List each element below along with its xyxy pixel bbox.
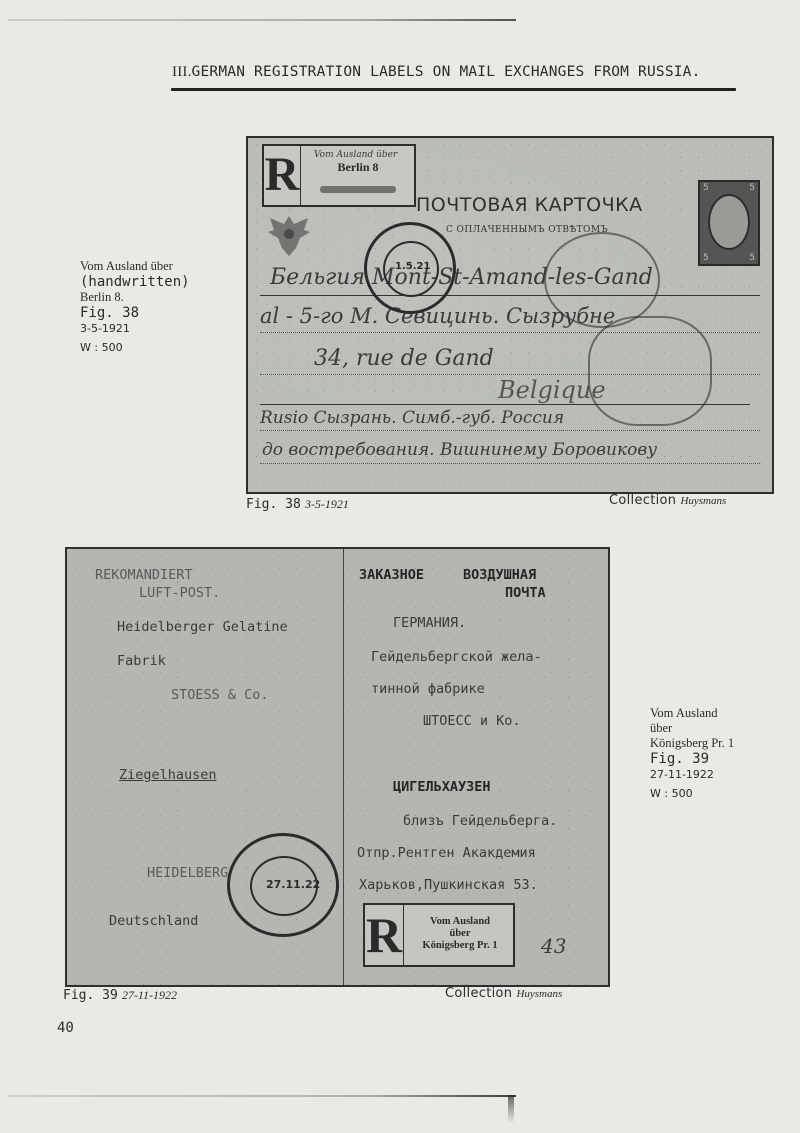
postmark-date: 27.11.22	[266, 878, 320, 891]
typed-left-line-2: LUFT-POST.	[139, 585, 220, 601]
fig39-note-line3: Königsberg Pr. 1	[650, 736, 734, 751]
fig38-postmark: 1.5.21	[364, 222, 456, 314]
section-title: GERMAN REGISTRATION LABELS ON MAIL EXCHA…	[192, 64, 701, 80]
fig38-note-line1: Vom Ausland über	[80, 259, 190, 274]
typed-left-line-7: HEIDELBERG	[147, 865, 228, 881]
fig39-collection-credit: Collection Huysmans	[445, 986, 562, 1001]
fig39-note-date: 27-11-1922	[650, 767, 734, 782]
fig38-postcard-image: R Vom Ausland über Berlin 8 ПОЧТОВАЯ КАР…	[246, 136, 774, 494]
imprinted-stamp-icon: 5 5 5 5	[698, 180, 760, 266]
fig39-note-line1: Vom Ausland	[650, 706, 734, 721]
fig39-envelope-image: REKOMANDIERT LUFT-POST. Heidelberger Gel…	[65, 547, 610, 987]
label-strikeout	[320, 186, 396, 193]
fig39-kharkov-postmark: 27.11.22	[227, 833, 339, 937]
fig38-caption-date: 3-5-1921	[305, 497, 349, 511]
collection-label: Collection	[609, 493, 676, 508]
fig39-caption-date: 27-11-1922	[122, 988, 177, 1002]
double-eagle-icon	[264, 210, 314, 258]
typed-left-line-1: REKOMANDIERT	[95, 567, 193, 583]
typed-right-line-2: ВОЗДУШНАЯ	[463, 567, 536, 583]
fig38-note-line2: (handwritten)	[80, 274, 190, 290]
fig38-note-fig: Fig. 38	[80, 305, 190, 321]
handwritten-line-3: 34, rue de Gand	[314, 346, 494, 371]
handwritten-line-5: Rusio Сызрань. Симб.-губ. Россия	[260, 408, 564, 428]
address-line	[260, 430, 760, 431]
scan-edge-top	[8, 19, 516, 21]
address-line	[260, 463, 760, 464]
typed-right-line-11: Харьков,Пушкинская 53.	[359, 877, 538, 893]
section-numeral: III.	[172, 64, 192, 80]
typed-left-line-6: Ziegelhausen	[119, 767, 217, 783]
fig39-note-weight: W : 500	[650, 786, 734, 801]
fig38-caption: Fig. 38 3-5-1921	[246, 497, 349, 512]
label-handwritten-scrawl: Vom Ausland über	[314, 150, 397, 160]
label-text: Vom Ausland über Königsberg Pr. 1	[405, 916, 515, 952]
typed-right-line-10: Отпр.Рентген Акакдемия	[357, 845, 536, 861]
fig39-note-fig: Fig. 39	[650, 751, 734, 767]
fig38-collection-credit: Collection Huysmans	[609, 493, 726, 508]
scan-edge-bottom	[8, 1095, 516, 1097]
fig38-side-note: Vom Ausland über (handwritten) Berlin 8.…	[80, 259, 190, 355]
label-line-1: Vom Ausland	[405, 916, 515, 928]
typed-left-line-4: Fabrik	[117, 653, 166, 669]
typed-right-line-3: ПОЧТА	[505, 585, 546, 601]
page-header: III.GERMAN REGISTRATION LABELS ON MAIL E…	[172, 64, 701, 81]
faint-transit-postmark	[544, 232, 660, 328]
typed-right-line-7: ШТОЕСС и Ко.	[423, 713, 521, 729]
registration-letter: R	[264, 146, 301, 205]
fig38-caption-label: Fig. 38	[246, 497, 301, 512]
typed-right-line-4: ГЕРМАНИЯ.	[393, 615, 466, 631]
label-line-3: Königsberg Pr. 1	[405, 940, 515, 952]
collection-name: Huysmans	[680, 495, 726, 507]
pencil-number: 43	[541, 934, 566, 958]
typed-right-line-9: близъ Гейдельберга.	[403, 813, 557, 829]
label-line-2: über	[405, 928, 515, 940]
label-office-text: Berlin 8	[306, 160, 410, 175]
page-number: 40	[57, 1020, 74, 1036]
fig39-caption: Fig. 39 27-11-1922	[63, 988, 177, 1003]
typed-right-line-5: Гейдельбергской жела-	[371, 649, 542, 665]
header-rule	[171, 88, 736, 91]
fig38-note-date: 3-5-1921	[80, 321, 190, 336]
collection-label: Collection	[445, 986, 512, 1001]
typed-right-line-1: ЗАКАЗНОЕ	[359, 567, 424, 583]
fig38-note-weight: W : 500	[80, 340, 190, 355]
fig39-side-note: Vom Ausland über Königsberg Pr. 1 Fig. 3…	[650, 706, 734, 801]
typed-left-line-8: Deutschland	[109, 913, 198, 929]
printed-card-title: ПОЧТОВАЯ КАРТОЧКА	[416, 194, 643, 216]
envelope-center-divider	[343, 549, 344, 985]
fig39-caption-label: Fig. 39	[63, 988, 118, 1003]
registration-letter: R	[365, 905, 404, 965]
fig39-note-line2: über	[650, 721, 734, 736]
typed-left-line-3: Heidelberger Gelatine	[117, 619, 288, 635]
postmark-date: 1.5.21	[395, 261, 430, 272]
fig38-registration-label: R Vom Ausland über Berlin 8	[262, 144, 416, 207]
typed-right-line-6: тинной фабрике	[371, 681, 485, 697]
collection-name: Huysmans	[516, 988, 562, 1000]
fig39-registration-label: R Vom Ausland über Königsberg Pr. 1	[363, 903, 515, 967]
typed-left-line-5: STOESS & Co.	[171, 687, 269, 703]
scan-edge-corner	[508, 1095, 514, 1123]
address-line	[260, 295, 760, 296]
handwritten-line-6: до востребования. Вишнинему Боровикову	[262, 440, 657, 460]
fig38-note-line3: Berlin 8.	[80, 290, 190, 305]
typed-right-line-8: ЦИГЕЛЬХАУЗЕН	[393, 779, 491, 795]
faint-oval-cachet	[588, 316, 712, 426]
